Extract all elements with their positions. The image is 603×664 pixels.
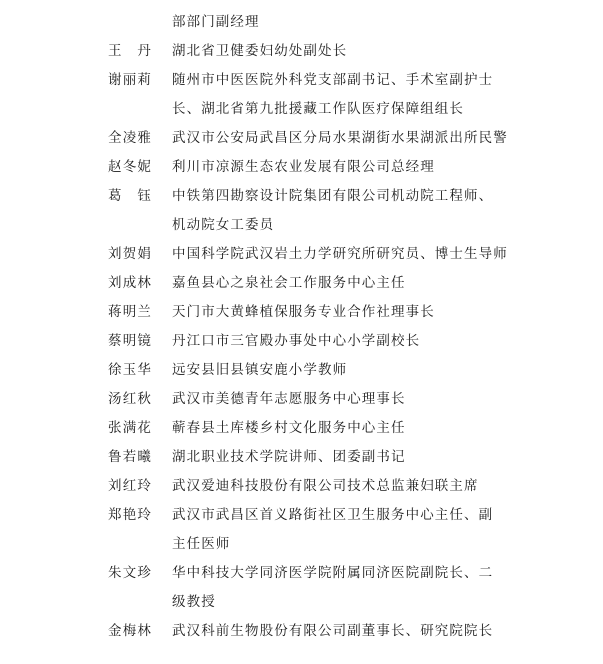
title-line: 嘉鱼县心之泉社会工作服务中心主任 [172, 269, 532, 298]
person-title: 华中科技大学同济医学院附属同济医院副院长、二 级教授 [172, 559, 532, 617]
title-line: 中国科学院武汉岩土力学研究所研究员、博士生导师 [172, 240, 532, 269]
title-line: 长、湖北省第九批援藏工作队医疗保障组组长 [172, 95, 532, 124]
person-title: 远安县旧县镇安鹿小学教师 [172, 356, 532, 385]
title-line: 中铁第四勘察设计院集团有限公司机动院工程师、 [172, 182, 532, 211]
person-title: 武汉爱迪科技股份有限公司技术总监兼妇联主席 [172, 472, 532, 501]
list-item: 全凌雅 武汉市公安局武昌区分局水果湖街水果湖派出所民警 [0, 124, 603, 153]
list-item: 蔡明镜 丹江口市三官殿办事处中心小学副校长 [0, 327, 603, 356]
person-title: 随州市中医医院外科党支部副书记、手术室副护士 长、湖北省第九批援藏工作队医疗保障… [172, 66, 532, 124]
person-name: 蒋明兰 [108, 298, 172, 327]
title-line: 远安县旧县镇安鹿小学教师 [172, 356, 532, 385]
document-page: 部部门副经理 王 丹 湖北省卫健委妇幼处副处长 谢丽莉 随州市中医医院外科党支部… [0, 8, 603, 646]
person-title: 中铁第四勘察设计院集团有限公司机动院工程师、 机动院女工委员 [172, 182, 532, 240]
title-line: 华中科技大学同济医学院附属同济医院副院长、二 [172, 559, 532, 588]
person-name: 蔡明镜 [108, 327, 172, 356]
person-name: 鲁若曦 [108, 443, 172, 472]
title-line: 武汉市武昌区首义路街社区卫生服务中心主任、副 [172, 501, 532, 530]
person-title: 武汉市美德青年志愿服务中心理事长 [172, 385, 532, 414]
person-title: 利川市凉源生态农业发展有限公司总经理 [172, 153, 532, 182]
person-title: 天门市大黄蜂植保服务专业合作社理事长 [172, 298, 532, 327]
person-name: 赵冬妮 [108, 153, 172, 182]
list-item: 葛 钰 中铁第四勘察设计院集团有限公司机动院工程师、 机动院女工委员 [0, 182, 603, 240]
person-title: 湖北省卫健委妇幼处副处长 [172, 37, 532, 66]
title-cell: 部部门副经理 [172, 8, 532, 37]
list-item: 鲁若曦 湖北职业技术学院讲师、团委副书记 [0, 443, 603, 472]
person-title: 丹江口市三官殿办事处中心小学副校长 [172, 327, 532, 356]
person-name: 全凌雅 [108, 124, 172, 153]
list-item: 徐玉华 远安县旧县镇安鹿小学教师 [0, 356, 603, 385]
title-line: 武汉市公安局武昌区分局水果湖街水果湖派出所民警 [172, 124, 532, 153]
list-item: 蒋明兰 天门市大黄蜂植保服务专业合作社理事长 [0, 298, 603, 327]
title-line: 机动院女工委员 [172, 211, 532, 240]
title-line: 丹江口市三官殿办事处中心小学副校长 [172, 327, 532, 356]
person-name: 张满花 [108, 414, 172, 443]
person-title: 武汉市武昌区首义路街社区卫生服务中心主任、副 主任医师 [172, 501, 532, 559]
list-item: 刘红玲 武汉爱迪科技股份有限公司技术总监兼妇联主席 [0, 472, 603, 501]
title-line: 蕲春县土库楼乡村文化服务中心主任 [172, 414, 532, 443]
person-name: 刘红玲 [108, 472, 172, 501]
list-item: 张满花 蕲春县土库楼乡村文化服务中心主任 [0, 414, 603, 443]
person-title: 嘉鱼县心之泉社会工作服务中心主任 [172, 269, 532, 298]
list-item: 赵冬妮 利川市凉源生态农业发展有限公司总经理 [0, 153, 603, 182]
person-name: 郑艳玲 [108, 501, 172, 530]
person-name: 葛 钰 [108, 182, 172, 211]
list-item: 朱文珍 华中科技大学同济医学院附属同济医院副院长、二 级教授 [0, 559, 603, 617]
person-name: 王 丹 [108, 37, 172, 66]
person-name: 汤红秋 [108, 385, 172, 414]
list-item: 郑艳玲 武汉市武昌区首义路街社区卫生服务中心主任、副 主任医师 [0, 501, 603, 559]
list-item: 谢丽莉 随州市中医医院外科党支部副书记、手术室副护士 长、湖北省第九批援藏工作队… [0, 66, 603, 124]
person-title: 武汉科前生物股份有限公司副董事长、研究院院长 [172, 617, 532, 646]
person-name: 刘贺娟 [108, 240, 172, 269]
title-line: 湖北省卫健委妇幼处副处长 [172, 37, 532, 66]
person-title: 湖北职业技术学院讲师、团委副书记 [172, 443, 532, 472]
person-name: 谢丽莉 [108, 66, 172, 95]
list-item: 刘成林 嘉鱼县心之泉社会工作服务中心主任 [0, 269, 603, 298]
continuation-entry: 部部门副经理 [0, 8, 603, 37]
title-line: 部部门副经理 [172, 8, 532, 37]
person-name: 金梅林 [108, 617, 172, 646]
list-item: 汤红秋 武汉市美德青年志愿服务中心理事长 [0, 385, 603, 414]
title-line: 主任医师 [172, 530, 532, 559]
title-line: 武汉市美德青年志愿服务中心理事长 [172, 385, 532, 414]
list-item: 金梅林 武汉科前生物股份有限公司副董事长、研究院院长 [0, 617, 603, 646]
person-title: 武汉市公安局武昌区分局水果湖街水果湖派出所民警 [172, 124, 532, 153]
person-name: 朱文珍 [108, 559, 172, 588]
title-line: 湖北职业技术学院讲师、团委副书记 [172, 443, 532, 472]
title-line: 武汉爱迪科技股份有限公司技术总监兼妇联主席 [172, 472, 532, 501]
person-title: 蕲春县土库楼乡村文化服务中心主任 [172, 414, 532, 443]
list-item: 王 丹 湖北省卫健委妇幼处副处长 [0, 37, 603, 66]
person-name: 徐玉华 [108, 356, 172, 385]
title-line: 级教授 [172, 588, 532, 617]
title-line: 武汉科前生物股份有限公司副董事长、研究院院长 [172, 617, 532, 646]
title-line: 天门市大黄蜂植保服务专业合作社理事长 [172, 298, 532, 327]
title-line: 随州市中医医院外科党支部副书记、手术室副护士 [172, 66, 532, 95]
person-name: 刘成林 [108, 269, 172, 298]
person-title: 中国科学院武汉岩土力学研究所研究员、博士生导师 [172, 240, 532, 269]
title-line: 利川市凉源生态农业发展有限公司总经理 [172, 153, 532, 182]
list-item: 刘贺娟 中国科学院武汉岩土力学研究所研究员、博士生导师 [0, 240, 603, 269]
